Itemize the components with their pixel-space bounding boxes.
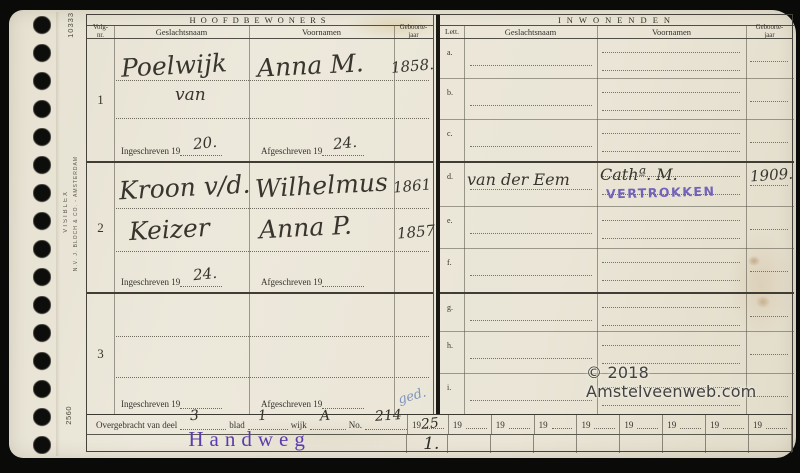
half-divider-thin-rule bbox=[433, 15, 434, 414]
inwonenden-rows: a. b. c. d. van der Eem Cathª. M. VERTRO… bbox=[440, 39, 794, 414]
card-serial-number: 10333 bbox=[66, 12, 75, 38]
inwonende-row-a: a. bbox=[440, 39, 794, 78]
writing-line bbox=[116, 336, 429, 337]
ingeschreven-line: Ingeschreven 19 24. bbox=[121, 277, 222, 287]
handwritten-afgeschreven-jaar: 24. bbox=[332, 133, 358, 153]
year-cell-first: 19 25 bbox=[408, 415, 449, 434]
handwritten-ingeschreven-jaar: 20. bbox=[192, 133, 218, 153]
handwritten-voornamen: Anna P. bbox=[258, 211, 352, 245]
binder-holes bbox=[33, 16, 51, 454]
handwritten-geboortejaar: 1861 bbox=[392, 175, 432, 196]
street-name: Handweg bbox=[93, 430, 406, 449]
handwritten-no: 214 bbox=[374, 407, 402, 425]
street-row: Handweg 1. bbox=[87, 434, 792, 453]
paper-crease bbox=[56, 12, 60, 456]
year-cell: 19 bbox=[620, 415, 663, 434]
handwritten-geslachtsnaam: Poelwijk bbox=[120, 48, 227, 83]
year-cell: 19 bbox=[706, 415, 749, 434]
afgeschreven-line: Afgeschreven 19 24. bbox=[261, 146, 364, 156]
afgeschreven-line: Afgeschreven 19 bbox=[261, 399, 364, 409]
column-header-lett: Lett. bbox=[440, 26, 464, 39]
year-cell: 19 bbox=[749, 415, 792, 434]
manufacturer-name: N.V. J. BLOCH & CO. - AMSTERDAM bbox=[73, 156, 79, 271]
handwritten-geboortejaar: 1909. bbox=[749, 165, 793, 186]
handwritten-geslachtsnaam: van der Eem bbox=[467, 170, 570, 189]
hoofdbewoner-block-1: 1 Poelwijk van Anna M. 1858. Ingeschreve… bbox=[87, 39, 433, 161]
handwritten-voornamen: Wilhelmus bbox=[254, 168, 388, 204]
inwonende-row-f: f. bbox=[440, 248, 794, 292]
inwonende-row-c: c. bbox=[440, 119, 794, 161]
handwritten-blad: 1 bbox=[257, 408, 267, 425]
card-form-number: 2560 bbox=[64, 406, 73, 425]
column-header-geboortejaar-left: Geboorte- jaar bbox=[394, 26, 433, 39]
volgnummer: 3 bbox=[87, 294, 114, 414]
handwritten-wijk: A bbox=[319, 408, 330, 425]
volgnummer: 1 bbox=[87, 39, 114, 161]
writing-line bbox=[116, 208, 429, 209]
handwritten-geboortejaar: 1858. bbox=[390, 55, 434, 77]
handwritten-house-number: 1. bbox=[423, 434, 439, 454]
volgnummer: 2 bbox=[87, 163, 114, 292]
vertrokken-stamp: VERTROKKEN bbox=[606, 184, 716, 202]
handwritten-jaar: 25 bbox=[420, 415, 439, 433]
handwritten-ingeschreven-jaar: 24. bbox=[192, 264, 218, 284]
ingeschreven-line: Ingeschreven 19 20. bbox=[121, 146, 222, 156]
copyright-watermark: © 2018 Amstelveenweb.com bbox=[586, 363, 800, 401]
column-header-voornamen-right: Voornamen bbox=[597, 26, 746, 39]
writing-line bbox=[116, 251, 429, 252]
handwritten-tussenvoegsel: van bbox=[175, 85, 206, 105]
handwritten-voornamen: Cathª. M. bbox=[600, 165, 678, 184]
column-header-volgnr: Volg- nr. bbox=[87, 26, 114, 39]
afgeschreven-line: Afgeschreven 19 bbox=[261, 277, 364, 287]
writing-line bbox=[116, 118, 429, 119]
handwritten-geslachtsnaam: Keizer bbox=[128, 213, 210, 246]
column-header-geboortejaar-right: Geboorte- jaar bbox=[746, 26, 793, 39]
handwritten-voornamen: Anna M. bbox=[256, 48, 364, 83]
column-header-voornamen-left: Voornamen bbox=[249, 26, 394, 39]
hoofdbewoner-block-2: 2 Kroon v/d. Wilhelmus 1861 Keizer Anna … bbox=[87, 161, 433, 292]
year-cell: 19 bbox=[577, 415, 620, 434]
inwonende-row-b: b. bbox=[440, 78, 794, 119]
inwonende-row-d: d. van der Eem Cathª. M. VERTROKKEN 1909… bbox=[440, 161, 794, 206]
writing-line bbox=[116, 377, 429, 378]
handwritten-geboortejaar: 1857 bbox=[396, 221, 436, 242]
year-cell: 19 bbox=[492, 415, 535, 434]
handwritten-geslachtsnaam: Kroon v/d. bbox=[118, 170, 251, 206]
year-cell: 19 bbox=[449, 415, 492, 434]
column-header-geslachtsnaam-left: Geslachtsnaam bbox=[114, 26, 249, 39]
house-number-cell: 1. bbox=[407, 435, 448, 453]
hoofdbewoner-block-3: 3 Ingeschreven 19 Afgeschreven 19 bbox=[87, 292, 433, 414]
column-header-geslachtsnaam-right: Geslachtsnaam bbox=[464, 26, 597, 39]
ingeschreven-line: Ingeschreven 19 bbox=[121, 399, 222, 409]
year-cell: 19 bbox=[663, 415, 706, 434]
brand-name: VISIBLEX bbox=[63, 190, 69, 233]
inwonende-row-g: g. bbox=[440, 292, 794, 331]
section-title-inwonenden: INWONENDEN bbox=[440, 15, 794, 26]
year-cell: 19 bbox=[535, 415, 578, 434]
handwritten-deel: 3 bbox=[190, 408, 200, 425]
inwonende-row-e: e. bbox=[440, 206, 794, 248]
street-cell: Handweg bbox=[87, 435, 407, 453]
scanned-register-card: 10333 VISIBLEX N.V. J. BLOCH & CO. - AMS… bbox=[0, 0, 800, 473]
section-title-hoofdbewoners: HOOFDBEWONERS bbox=[87, 15, 433, 26]
